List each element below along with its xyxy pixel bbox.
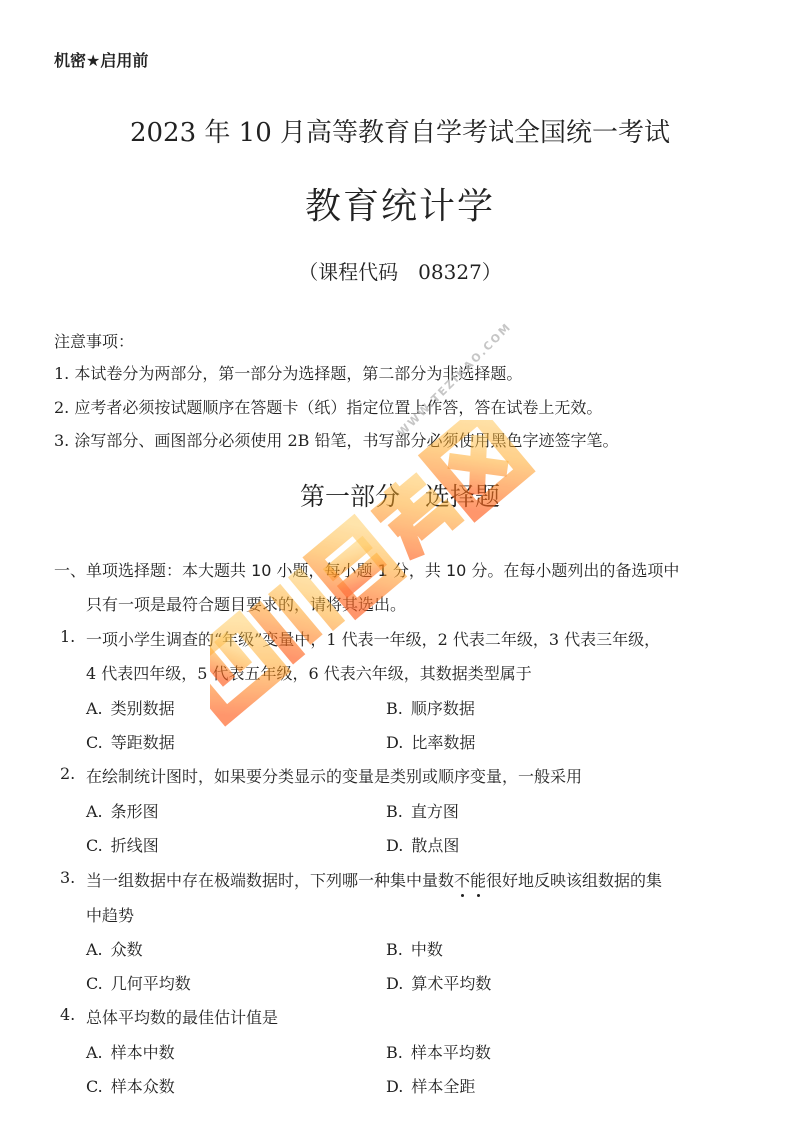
option-text: 样本中数: [111, 1043, 175, 1062]
section-heading-line-2: 只有一项是最符合题目要求的，请将其选出。: [86, 592, 406, 615]
option-text: 样本平均数: [411, 1043, 491, 1062]
emphasized-char: 能: [470, 868, 486, 891]
option-letter: A.: [86, 699, 103, 718]
question-number: 4.: [60, 1005, 75, 1024]
option-d[interactable]: D.散点图: [386, 833, 459, 856]
option-b[interactable]: B.样本平均数: [386, 1040, 491, 1063]
option-text: 比率数据: [411, 733, 475, 752]
notice-heading: 注意事项：: [54, 329, 134, 352]
question-text-line: 在绘制统计图时，如果要分类显示的变量是类别或顺序变量，一般采用: [86, 764, 582, 787]
subject-title: 教育统计学: [0, 178, 800, 229]
question-text-line: 4 代表四年级，5 代表五年级，6 代表六年级，其数据类型属于: [86, 661, 532, 684]
option-a[interactable]: A.类别数据: [86, 696, 175, 719]
option-letter: A.: [86, 802, 103, 821]
option-letter: D.: [386, 1077, 403, 1096]
option-letter: B.: [386, 940, 403, 959]
option-letter: A.: [86, 1043, 103, 1062]
option-text: 中数: [411, 940, 443, 959]
option-d[interactable]: D.算术平均数: [386, 971, 491, 994]
option-c[interactable]: C.等距数据: [86, 730, 175, 753]
question-number: 2.: [60, 764, 75, 783]
option-text: 散点图: [411, 836, 459, 855]
option-d[interactable]: D.比率数据: [386, 730, 475, 753]
option-text: 条形图: [111, 802, 159, 821]
option-text: 顺序数据: [411, 699, 475, 718]
option-letter: B.: [386, 699, 403, 718]
option-text: 算术平均数: [411, 974, 491, 993]
option-c[interactable]: C.折线图: [86, 833, 159, 856]
part-one-title: 第一部分 选择题: [0, 477, 800, 513]
option-a[interactable]: A.众数: [86, 937, 143, 960]
option-c[interactable]: C.样本众数: [86, 1074, 175, 1097]
emphasized-char: 不: [454, 868, 470, 891]
question-text-before: 当一组数据中存在极端数据时，下列哪一种集中量数: [86, 871, 454, 890]
section-heading-line-1: 一、单项选择题：本大题共 10 小题，每小题 1 分，共 10 分。在每小题列出…: [54, 558, 679, 581]
option-b[interactable]: B.直方图: [386, 799, 459, 822]
confidential-mark: 机密★启用前: [54, 48, 148, 71]
exam-paper-page: 机密★启用前 2023 年 10 月高等教育自学考试全国统一考试 教育统计学 （…: [0, 0, 800, 1138]
option-letter: D.: [386, 733, 403, 752]
option-b[interactable]: B.顺序数据: [386, 696, 475, 719]
option-d[interactable]: D.样本全距: [386, 1074, 475, 1097]
option-text: 众数: [111, 940, 143, 959]
option-letter: D.: [386, 836, 403, 855]
option-letter: C.: [86, 974, 103, 993]
exam-title: 2023 年 10 月高等教育自学考试全国统一考试: [0, 112, 800, 149]
notice-item-3: 3. 涂写部分、画图部分必须使用 2B 铅笔，书写部分必须使用黑色字迹签字笔。: [54, 428, 618, 451]
option-a[interactable]: A.样本中数: [86, 1040, 175, 1063]
option-letter: C.: [86, 836, 103, 855]
option-a[interactable]: A.条形图: [86, 799, 159, 822]
option-text: 类别数据: [111, 699, 175, 718]
question-text-line: 一项小学生调查的“年级”变量中，1 代表一年级，2 代表二年级，3 代表三年级，: [86, 627, 660, 650]
option-c[interactable]: C.几何平均数: [86, 971, 191, 994]
option-text: 直方图: [411, 802, 459, 821]
question-number: 3.: [60, 868, 75, 887]
option-text: 样本众数: [111, 1077, 175, 1096]
course-code: （课程代码 08327）: [0, 256, 800, 285]
question-number: 1.: [60, 627, 75, 646]
option-text: 等距数据: [111, 733, 175, 752]
option-letter: B.: [386, 1043, 403, 1062]
question-text-line: 总体平均数的最佳估计值是: [86, 1005, 278, 1028]
option-letter: C.: [86, 1077, 103, 1096]
option-text: 样本全距: [411, 1077, 475, 1096]
question-text-after: 很好地反映该组数据的集: [486, 871, 662, 890]
option-letter: B.: [386, 802, 403, 821]
question-text-line: 中趋势: [86, 903, 134, 926]
option-text: 折线图: [111, 836, 159, 855]
question-text-line: 当一组数据中存在极端数据时，下列哪一种集中量数不能很好地反映该组数据的集: [86, 868, 662, 891]
option-letter: C.: [86, 733, 103, 752]
option-letter: A.: [86, 940, 103, 959]
option-text: 几何平均数: [111, 974, 191, 993]
option-b[interactable]: B.中数: [386, 937, 443, 960]
notice-item-2: 2. 应考者必须按试题顺序在答题卡（纸）指定位置上作答，答在试卷上无效。: [54, 395, 602, 418]
option-letter: D.: [386, 974, 403, 993]
